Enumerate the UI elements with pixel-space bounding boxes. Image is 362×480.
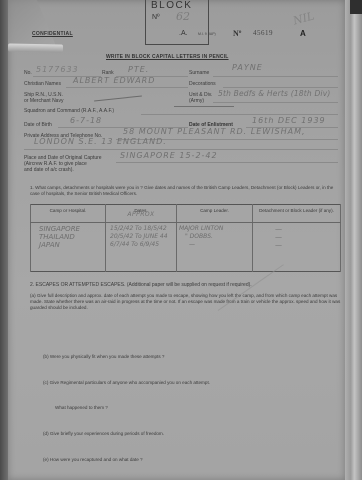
dates-value-1: 15/2/42 To 18/5/42 [110, 225, 176, 233]
mi9-label: M.I. 9 (IAP) [198, 32, 216, 36]
surname-label: Surname [189, 70, 209, 76]
background-shadow [350, 0, 362, 14]
camp-value-2: THAILAND [39, 233, 105, 241]
detachment-value-1: — [275, 225, 340, 233]
detachment-value-2: — [275, 233, 340, 241]
decorations-label: Decorations [189, 81, 216, 87]
leader-value-2: " DOBBS. [179, 233, 252, 241]
unit-label-line2: (Army) [189, 98, 212, 104]
camp-value-3: JAPAN [39, 241, 105, 249]
column-header-leader: Camp Leader. [177, 205, 253, 223]
capture-label-line3: and date of a/c crash). [24, 167, 102, 173]
mi9-number: 45619 [253, 29, 273, 37]
section2-question-e: (e) How were you recaptured and on what … [43, 457, 143, 462]
dob-label: Date of Birth [24, 122, 52, 128]
section2-question-c: (c) Give Regimental particulars of anyon… [43, 380, 210, 385]
camps-table: Camp or Hospital. Dates. APPROX Camp Lea… [30, 204, 341, 272]
detachment-cell: — — — [253, 223, 341, 272]
enlistment-value: 16th DEC 1939 [252, 116, 326, 125]
squadron-line [141, 114, 338, 115]
christian-names-line [66, 87, 188, 88]
capture-value: SINGAPORE 15-2-42 [120, 151, 218, 160]
rank-value: PTE. [128, 65, 149, 74]
ship-value-dash [94, 95, 142, 101]
squadron-label: Squadron and Command (R.A.F., A.A.F.) [24, 108, 114, 114]
address-value-line1: 58 MOUNT PLEASANT RD. LEWISHAM, [123, 127, 306, 136]
section2-question-b: (b) Were you physically fit when you mad… [43, 354, 164, 359]
address-value-line2: LONDON S.E. 13 ENGLAND. [34, 137, 167, 146]
ship-label-line2: or Merchant Navy [24, 98, 63, 104]
detachment-value-3: — [275, 241, 340, 249]
section1-question: 1. What camps, detachments or hospitals … [30, 185, 342, 197]
table-body-row: SINGAPORE THAILAND JAPAN 15/2/42 To 18/5… [31, 223, 341, 272]
column-header-detachment: Detachment or Block Leader (if any). [253, 205, 341, 223]
dates-value-2: 20/5/42 To JUNE 44 [110, 233, 176, 241]
column-header-dates: Dates. APPROX [106, 205, 177, 223]
ship-label: Ship R.N., U.S.N. or Merchant Navy [24, 92, 63, 104]
surname-value: PAYNE [232, 63, 263, 72]
mi9-number-label: Nº [233, 29, 241, 38]
camp-value-1: SINGAPORE [39, 225, 105, 233]
unit-value: 5th Bedfs & Herts (18th Div) [218, 89, 330, 98]
service-number-value: 5177633 [36, 65, 79, 74]
paper-fold [8, 0, 56, 46]
section2-title: 2. ESCAPES OR ATTEMPTED ESCAPES. (Additi… [30, 282, 252, 288]
block-number-label: Nº [152, 14, 160, 21]
leader-cell: MAJOR LINTON " DOBBS. — [177, 223, 253, 272]
leader-value-1: MAJOR LINTON [179, 225, 252, 233]
mi9-letter: A [300, 29, 306, 38]
camp-cell: SINGAPORE THAILAND JAPAN [31, 223, 106, 272]
dates-cell: 15/2/42 To 18/5/42 20/5/42 To JUNE 44 6/… [106, 223, 177, 272]
leader-value-3: — [179, 241, 252, 249]
page-edge-stack [343, 0, 362, 480]
document-page: CONFIDENTIAL BLOCK Nº 62 .A. M.I. 9 (IAP… [8, 0, 345, 480]
capture-line [116, 162, 338, 163]
dates-approx-note: APPROX [106, 212, 176, 217]
decorations-line [223, 87, 338, 88]
capture-label: Place and Date of Original Capture (Airc… [24, 155, 102, 173]
section2-question-a: (a) Give full description and approx. da… [30, 293, 342, 311]
section2-question-c-followup: What happened to them ? [55, 405, 108, 410]
christian-names-value: ALBERT EDWARD [73, 76, 155, 85]
paper-clip [8, 44, 63, 53]
block-number-value: 62 [176, 10, 190, 23]
block-letter: .A. [179, 30, 188, 37]
dates-value-3: 6/7/44 To 6/9/45 [110, 241, 176, 249]
confidential-stamp: CONFIDENTIAL [32, 31, 73, 37]
section2-question-d: (d) Give briefly your experiences during… [43, 431, 164, 436]
surname-line [213, 76, 338, 77]
squadron-value-dash [174, 106, 234, 107]
dob-value: 6-7-18 [70, 116, 102, 125]
address-line2 [24, 149, 338, 150]
christian-names-label: Christian Names [24, 81, 61, 87]
form-instruction: WRITE IN BLOCK CAPITAL LETTERS IN PENCIL [106, 54, 229, 60]
column-header-camp: Camp or Hospital. [31, 205, 106, 223]
unit-line [213, 102, 338, 103]
table-header-row: Camp or Hospital. Dates. APPROX Camp Lea… [31, 205, 341, 223]
unit-label: Unit & Div. (Army) [189, 92, 212, 104]
handwritten-note: NIL [292, 9, 316, 27]
service-number-label: No. [24, 70, 32, 76]
